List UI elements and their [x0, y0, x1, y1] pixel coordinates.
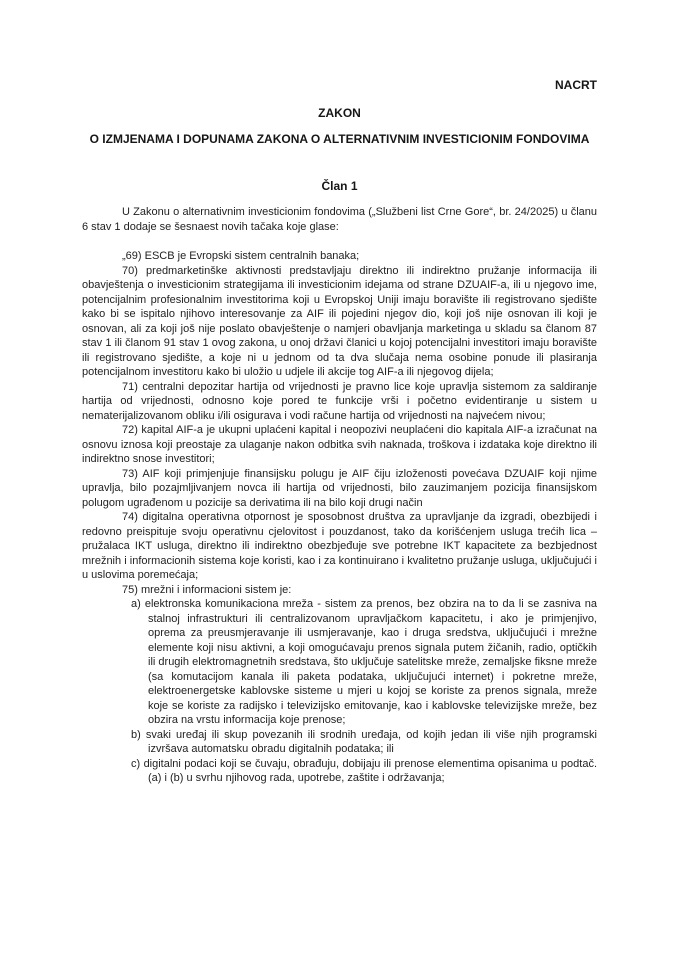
subpoint-a-text: elektronska komunikaciona mreža - sistem… — [145, 598, 597, 726]
subpoint-b-text: svaki uređaj ili skup povezanih ili srod… — [146, 729, 597, 756]
point-75: 75) mrežni i informacioni sistem je: — [82, 583, 597, 598]
point-71: 71) centralni depozitar hartija od vrije… — [82, 380, 597, 424]
point-74: 74) digitalna operativna otpornost je sp… — [82, 510, 597, 583]
draft-label: NACRT — [82, 78, 597, 92]
law-title: ZAKON — [82, 106, 597, 121]
point-69: „69) ESCB je Evropski sistem centralnih … — [82, 249, 597, 264]
subpoint-a: a) elektronska komunikaciona mreža - sis… — [82, 597, 597, 728]
law-subtitle: O IZMJENAMA I DOPUNAMA ZAKONA O ALTERNAT… — [89, 131, 591, 148]
subpoint-c-text: digitalni podaci koji se čuvaju, obrađuj… — [144, 758, 597, 785]
points-list: „69) ESCB je Evropski sistem centralnih … — [82, 249, 597, 786]
subpoint-b: b) svaki uređaj ili skup povezanih ili s… — [82, 728, 597, 757]
subpoint-a-marker: a) — [131, 598, 141, 610]
subpoint-c-marker: c) — [131, 758, 140, 770]
point-70: 70) predmarketinške aktivnosti predstavl… — [82, 264, 597, 380]
point-73: 73) AIF koji primjenjuje finansijsku pol… — [82, 467, 597, 511]
document-page: NACRT ZAKON O IZMJENAMA I DOPUNAMA ZAKON… — [0, 0, 679, 960]
subpoint-b-marker: b) — [131, 729, 141, 741]
subpoint-c: c) digitalni podaci koji se čuvaju, obra… — [82, 757, 597, 786]
subpoints-list: a) elektronska komunikaciona mreža - sis… — [82, 597, 597, 786]
article-heading: Član 1 — [82, 179, 597, 194]
point-72: 72) kapital AIF-a je ukupni uplaćeni kap… — [82, 423, 597, 467]
intro-paragraph: U Zakonu o alternativnim investicionim f… — [82, 205, 597, 234]
